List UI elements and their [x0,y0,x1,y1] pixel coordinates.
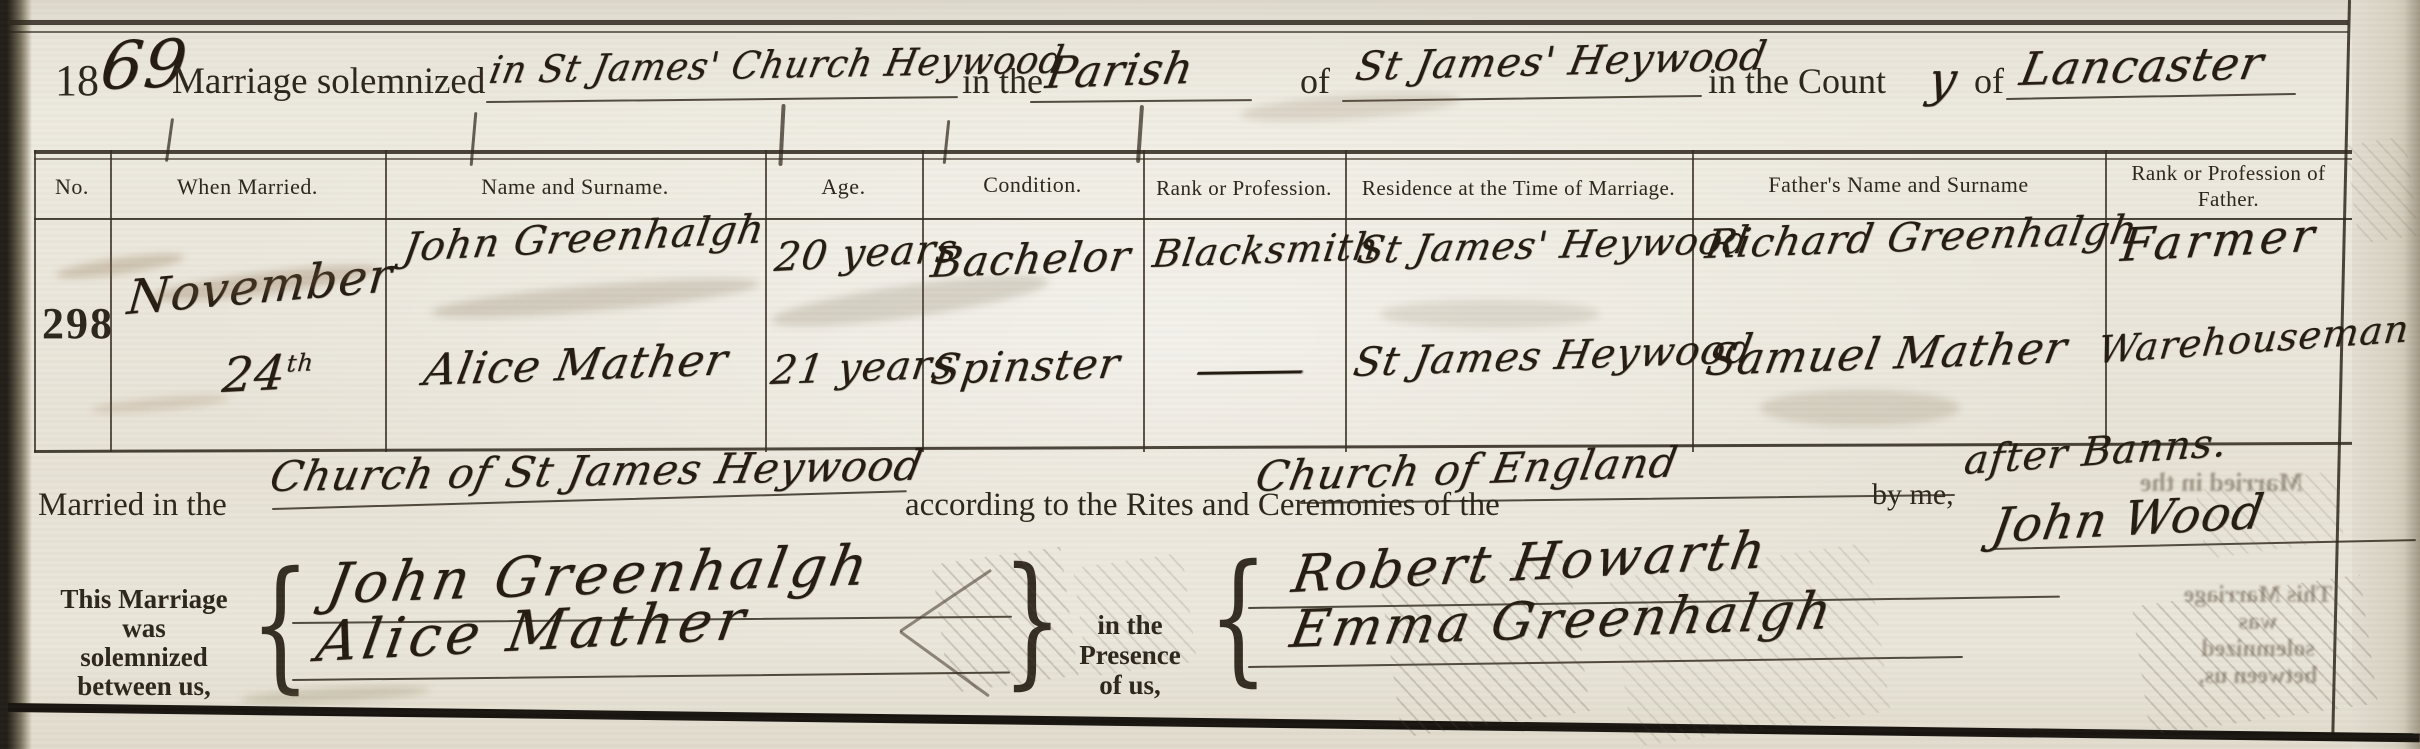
column-header-no: No. [34,174,110,200]
page-left-binding-edge [0,0,32,749]
ink-smudge [429,271,760,326]
couple-signature-line [292,671,1010,681]
table-top-rule-thin [34,158,2352,160]
column-header-name-surname: Name and Surname. [385,174,765,200]
column-header-condition: Condition. [922,172,1143,198]
groom-name-handwritten: John Greenhalgh [400,206,768,271]
year-prefix: 18 [55,55,99,106]
county-handwritten: Lancaster [2016,36,2268,96]
bride-father-name-handwritten: Samuel Mather [1702,323,2071,386]
attestation-left-line: between us, [30,672,258,701]
table-top-rule-thick [34,150,2352,154]
attestation-left-line: This Marriage [30,585,258,614]
in-the-label: in the [962,60,1043,102]
attestation-left-label: This Marriage was solemnized between us, [30,585,258,701]
column-header-age: Age. [765,174,922,200]
attestation-left-line: solemnized [30,643,258,672]
marriage-register-page: 18 69 Marriage solemnized in St James' C… [0,0,2420,749]
pen-hatch-marks [2132,575,2378,736]
bride-rank-dash-handwritten: — [1192,343,1307,396]
brace-open-couple: { [250,543,310,708]
column-header-father-rank: Rank or Profession of Father. [2105,160,2352,212]
pen-hatch-marks [1073,553,1197,677]
ink-tail-mark [778,104,785,166]
bride-residence-handwritten: St James Heywood [1350,326,1757,386]
entry-day-handwritten: 24th [220,343,316,404]
ink-smudge [1380,300,1600,328]
bride-name-handwritten: Alice Mather [420,335,732,396]
county-label: in the Count [1708,60,1886,102]
groom-father-rank-handwritten: Farmer [2118,208,2321,272]
page-right-shadow-edge [2404,0,2420,749]
column-header-residence: Residence at the Time of Marriage. [1345,176,1692,201]
ink-smudge [1239,87,1460,126]
parish-handwritten: Parish [1042,43,1198,99]
place-underline [486,96,958,103]
of-label-1: of [1300,60,1330,102]
married-in-label: Married in the [38,487,227,524]
top-rule-thin [8,31,2348,33]
column-header-rank-profession: Rank or Profession. [1143,176,1345,201]
day-number: 24 [220,345,288,404]
attestation-left-line: was [30,614,258,643]
witness-label-line: of us, [1058,670,1202,700]
parish-underline [1030,99,1252,103]
by-me-label: by me, [1872,478,1954,512]
pen-hatch-marks [932,547,1079,694]
column-header-when-married: When Married. [110,174,385,200]
groom-rank-handwritten: Blacksmith [1150,224,1382,276]
bride-condition-handwritten: Spinster [928,338,1123,394]
brace-open-witnesses: { [1208,536,1268,701]
day-suffix: th [285,348,315,377]
ink-smudge [1760,390,1960,426]
top-rule-thick [8,20,2348,25]
pen-hatch-marks [1380,553,1590,738]
bottom-rule-thick [8,703,2420,742]
groom-father-name-handwritten: Richard Greenhalgh [1702,207,2141,268]
entry-number: 298 [42,298,114,349]
column-header-father-name: Father's Name and Surname [1692,172,2105,198]
solemnized-label: Marriage solemnized [172,60,485,103]
county-y-handwritten: y [1924,52,1962,108]
ink-tail-mark [165,118,174,162]
of-label-2: of [1974,60,2004,102]
pen-hatch-marks [1609,543,1890,748]
